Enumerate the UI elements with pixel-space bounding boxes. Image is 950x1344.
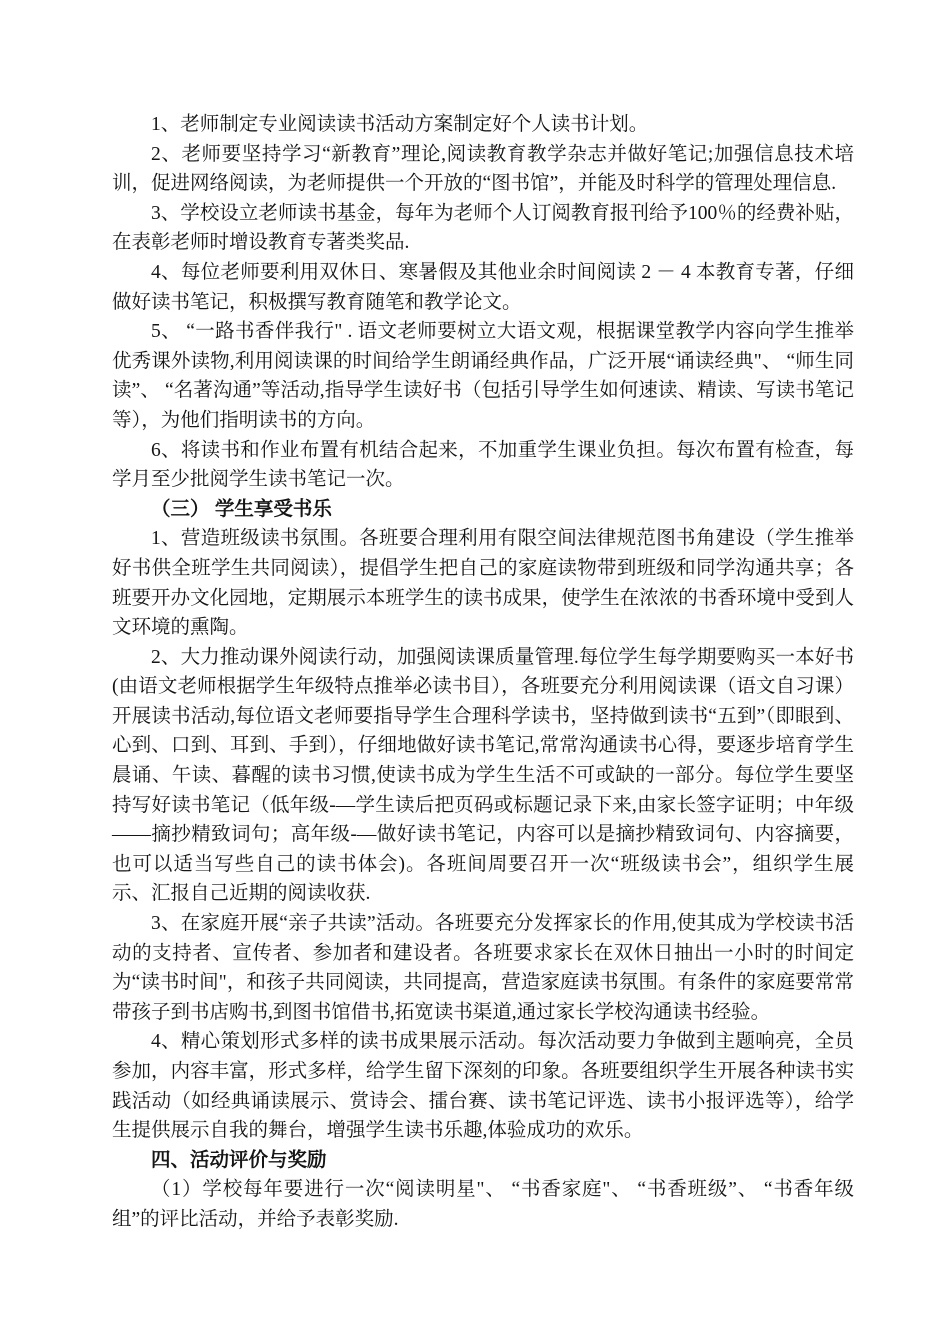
paragraph: 2、大力推动课外阅读行动，加强阅读课质量管理.每位学生每学期要购买一本好书(由语…: [112, 643, 854, 909]
paragraph: 4、精心策划形式多样的读书成果展示活动。每次活动要力争做到主题响亮，全员参加，内…: [112, 1027, 854, 1145]
paragraph: 3、在家庭开展“亲子共读”活动。各班要充分发挥家长的作用,使其成为学校读书活动的…: [112, 909, 854, 1027]
section-heading-activity-evaluation-rewards: 四、活动评价与奖励: [112, 1146, 854, 1176]
paragraph: 4、每位老师要利用双休日、寒暑假及其他业余时间阅读 2 － 4 本教育专著，仔细…: [112, 258, 854, 317]
paragraph: 2、老师要坚持学习“新教育”理论,阅读教育教学杂志并做好笔记;加强信息技术培训，…: [112, 140, 854, 199]
document-page: 1、老师制定专业阅读读书活动方案制定好个人读书计划。 2、老师要坚持学习“新教育…: [0, 0, 950, 1344]
paragraph: （1）学校每年要进行一次“阅读明星"、 “书香家庭"、 “书香班级”、 “书香年…: [112, 1175, 854, 1234]
paragraph: 1、营造班级读书氛围。各班要合理利用有限空间法律规范图书角建设（学生推举好书供全…: [112, 524, 854, 642]
document-body-text: 1、老师制定专业阅读读书活动方案制定好个人读书计划。 2、老师要坚持学习“新教育…: [0, 0, 950, 1344]
paragraph: 3、学校设立老师读书基金，每年为老师个人订阅教育报刊给予100％的经费补贴，在表…: [112, 199, 854, 258]
section-heading-students-enjoy-reading: （三） 学生享受书乐: [112, 495, 854, 525]
paragraph: 1、老师制定专业阅读读书活动方案制定好个人读书计划。: [112, 110, 854, 140]
paragraph: 6、将读书和作业布置有机结合起来，不加重学生课业负担。每次布置有检查，每学月至少…: [112, 436, 854, 495]
paragraph: 5、 “一路书香伴我行" . 语文老师要树立大语文观，根据课堂教学内容向学生推举…: [112, 317, 854, 435]
